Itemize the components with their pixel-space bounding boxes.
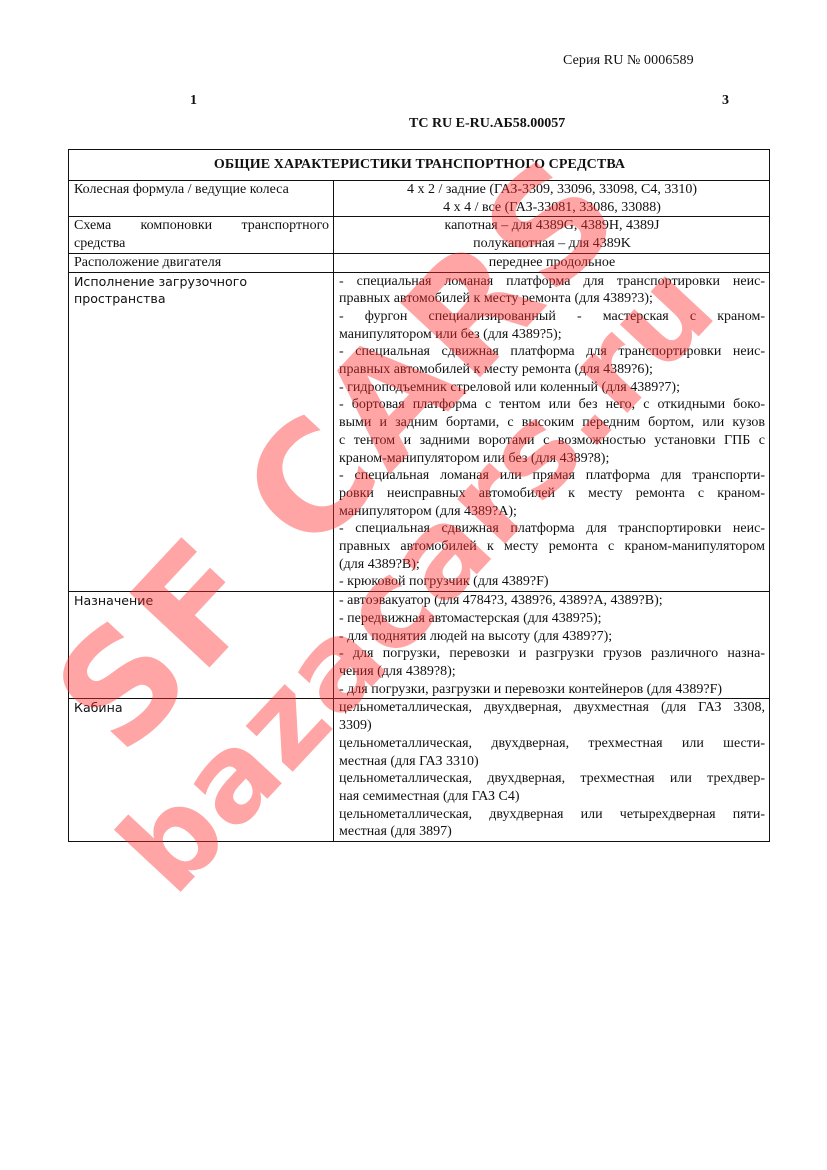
series-number: Серия RU № 0006589	[563, 53, 694, 69]
row-label-purpose: Назначение	[69, 592, 334, 699]
table-row: Кабина цельнометаллическая, двухдверная,…	[69, 699, 770, 842]
value-line: - для поднятия людей на высоту (для 4389…	[339, 628, 765, 646]
value-line: местная (для ГАЗ 3310)	[339, 753, 765, 771]
value-line: чения (для 4389?8);	[339, 663, 765, 681]
row-value-cabin: цельнометаллическая, двухдверная, двухме…	[334, 699, 770, 842]
value-line: манипулятором (для 4389?A);	[339, 503, 765, 521]
value-line: 3309)	[339, 717, 765, 735]
value-line: - автоэвакуатор (для 4784?3, 4389?6, 438…	[339, 592, 765, 610]
value-line: цельнометаллическая, двухдверная, двухме…	[339, 699, 765, 717]
table-title-row: ОБЩИЕ ХАРАКТЕРИСТИКИ ТРАНСПОРТНОГО СРЕДС…	[69, 150, 770, 181]
table-row: Назначение - автоэвакуатор (для 4784?3, …	[69, 592, 770, 699]
value-line: правных автомобилей к месту ремонта (для…	[339, 290, 765, 308]
value-line: - для погрузки, разгрузки и перевозки ко…	[339, 681, 765, 699]
value-line: 4 х 4 / все (ГАЗ-33081, 33086, 33088)	[339, 199, 765, 217]
row-value-cargo-space: - специальная ломаная платформа для тран…	[334, 272, 770, 592]
row-label-layout: Схема компоновки транспортного средства	[69, 217, 334, 253]
value-line: 4 х 2 / задние (ГАЗ-3309, 33096, 33098, …	[339, 181, 765, 199]
value-line: цельнометаллическая, двухдверная, трехме…	[339, 770, 765, 788]
label-line: Исполнение загрузочного	[74, 273, 329, 291]
row-value-engine-position: переднее продольное	[334, 253, 770, 272]
value-line: - специальная сдвижная платформа для тра…	[339, 343, 765, 361]
value-line: манипулятором или без (для 4389?5);	[339, 326, 765, 344]
value-line: - специальная сдвижная платформа для тра…	[339, 520, 765, 538]
page-number-right: 3	[722, 93, 729, 109]
row-label-cabin: Кабина	[69, 699, 334, 842]
value-line: - специальная ломаная платформа для тран…	[339, 273, 765, 291]
label-line: средства	[74, 235, 329, 253]
label-line: Схема компоновки транспортного	[74, 217, 329, 235]
row-value-purpose: - автоэвакуатор (для 4784?3, 4389?6, 438…	[334, 592, 770, 699]
value-line: - для погрузки, перевозки и разгрузки гр…	[339, 645, 765, 663]
row-value-layout: капотная – для 4389G, 4389H, 4389J полук…	[334, 217, 770, 253]
label-line: пространства	[74, 290, 329, 308]
row-value-wheel-formula: 4 х 2 / задние (ГАЗ-3309, 33096, 33098, …	[334, 181, 770, 217]
value-line: - фургон специализированный - мастерская…	[339, 308, 765, 326]
value-line: выми и задним бортами, с высоким передни…	[339, 414, 765, 432]
value-line: - гидроподъемник стреловой или коленный …	[339, 379, 765, 397]
page-number-left: 1	[190, 93, 197, 109]
table-row: Схема компоновки транспортного средства …	[69, 217, 770, 253]
value-line: местная (для 3897)	[339, 823, 765, 841]
table-row: Исполнение загрузочного пространства - с…	[69, 272, 770, 592]
value-line: цельнометаллическая, двухдверная или чет…	[339, 806, 765, 824]
value-line: переднее продольное	[339, 254, 765, 272]
value-line: - бортовая платформа с тентом или без не…	[339, 396, 765, 414]
table-row: Колесная формула / ведущие колеса 4 х 2 …	[69, 181, 770, 217]
row-label-cargo-space: Исполнение загрузочного пространства	[69, 272, 334, 592]
value-line: - специальная ломаная или прямая платфор…	[339, 467, 765, 485]
value-line: краном-манипулятором или без (для 4389?8…	[339, 450, 765, 468]
row-label-wheel-formula: Колесная формула / ведущие колеса	[69, 181, 334, 217]
value-line: правных автомобилей к месту ремонта с кр…	[339, 538, 765, 556]
value-line: капотная – для 4389G, 4389H, 4389J	[339, 217, 765, 235]
document-code: ТС RU E-RU.АБ58.00057	[409, 116, 565, 132]
value-line: - передвижная автомастерская (для 4389?5…	[339, 610, 765, 628]
value-line: полукапотная – для 4389K	[339, 235, 765, 253]
row-label-engine-position: Расположение двигателя	[69, 253, 334, 272]
characteristics-table: ОБЩИЕ ХАРАКТЕРИСТИКИ ТРАНСПОРТНОГО СРЕДС…	[68, 149, 770, 842]
value-line: цельнометаллическая, двухдверная, трехме…	[339, 735, 765, 753]
table-title: ОБЩИЕ ХАРАКТЕРИСТИКИ ТРАНСПОРТНОГО СРЕДС…	[69, 150, 770, 181]
table-row: Расположение двигателя переднее продольн…	[69, 253, 770, 272]
value-line: ная семиместная (для ГАЗ С4)	[339, 788, 765, 806]
value-line: правных автомобилей к месту ремонта (для…	[339, 361, 765, 379]
value-line: ровки неисправных автомобилей к месту ре…	[339, 485, 765, 503]
value-line: с тентом и задними воротами с возможност…	[339, 432, 765, 450]
value-line: (для 4389?B);	[339, 556, 765, 574]
value-line: - крюковой погрузчик (для 4389?F)	[339, 573, 765, 591]
